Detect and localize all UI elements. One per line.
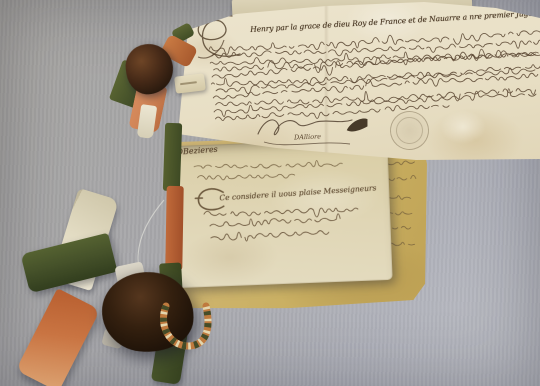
petition-note-line <box>194 154 342 175</box>
photo-background: DBezieres Ce considere il uous plaise Me… <box>0 0 540 386</box>
ribbon-cream-upper <box>137 104 157 139</box>
repair-patch <box>440 110 486 144</box>
petition-body-line <box>211 225 327 246</box>
charter-body-line <box>213 43 540 79</box>
charter-body-line <box>213 71 537 107</box>
middle-parchment: DBezieres Ce considere il uous plaise Me… <box>171 138 392 288</box>
charter-body-line <box>211 29 539 65</box>
petition-body-line <box>206 213 340 235</box>
docket-signature: DBezieres <box>176 145 218 157</box>
secretary-countersignature: DAlliore <box>294 133 321 142</box>
charter-body-line <box>213 64 533 99</box>
ribbon-orange-edge <box>165 186 183 270</box>
charter-body-line <box>211 57 537 93</box>
parchment-tie <box>174 73 206 94</box>
petition-note-line <box>197 167 290 186</box>
blind-stamp <box>387 108 431 152</box>
top-parchment: Henry par la grace de dieu Roy de France… <box>176 0 540 162</box>
charter-body-line <box>210 36 534 72</box>
ribbon-orange-lower <box>16 288 101 386</box>
charter-body-block <box>209 22 540 121</box>
petition-body-line <box>204 200 355 223</box>
charter-body-line <box>212 50 534 86</box>
petition-opening-text: Ce considere il uous plaise Messeigneurs <box>219 183 377 202</box>
ribbon-green-edge <box>163 123 182 192</box>
ink-blot <box>342 114 373 137</box>
charter-body-line <box>215 78 533 113</box>
